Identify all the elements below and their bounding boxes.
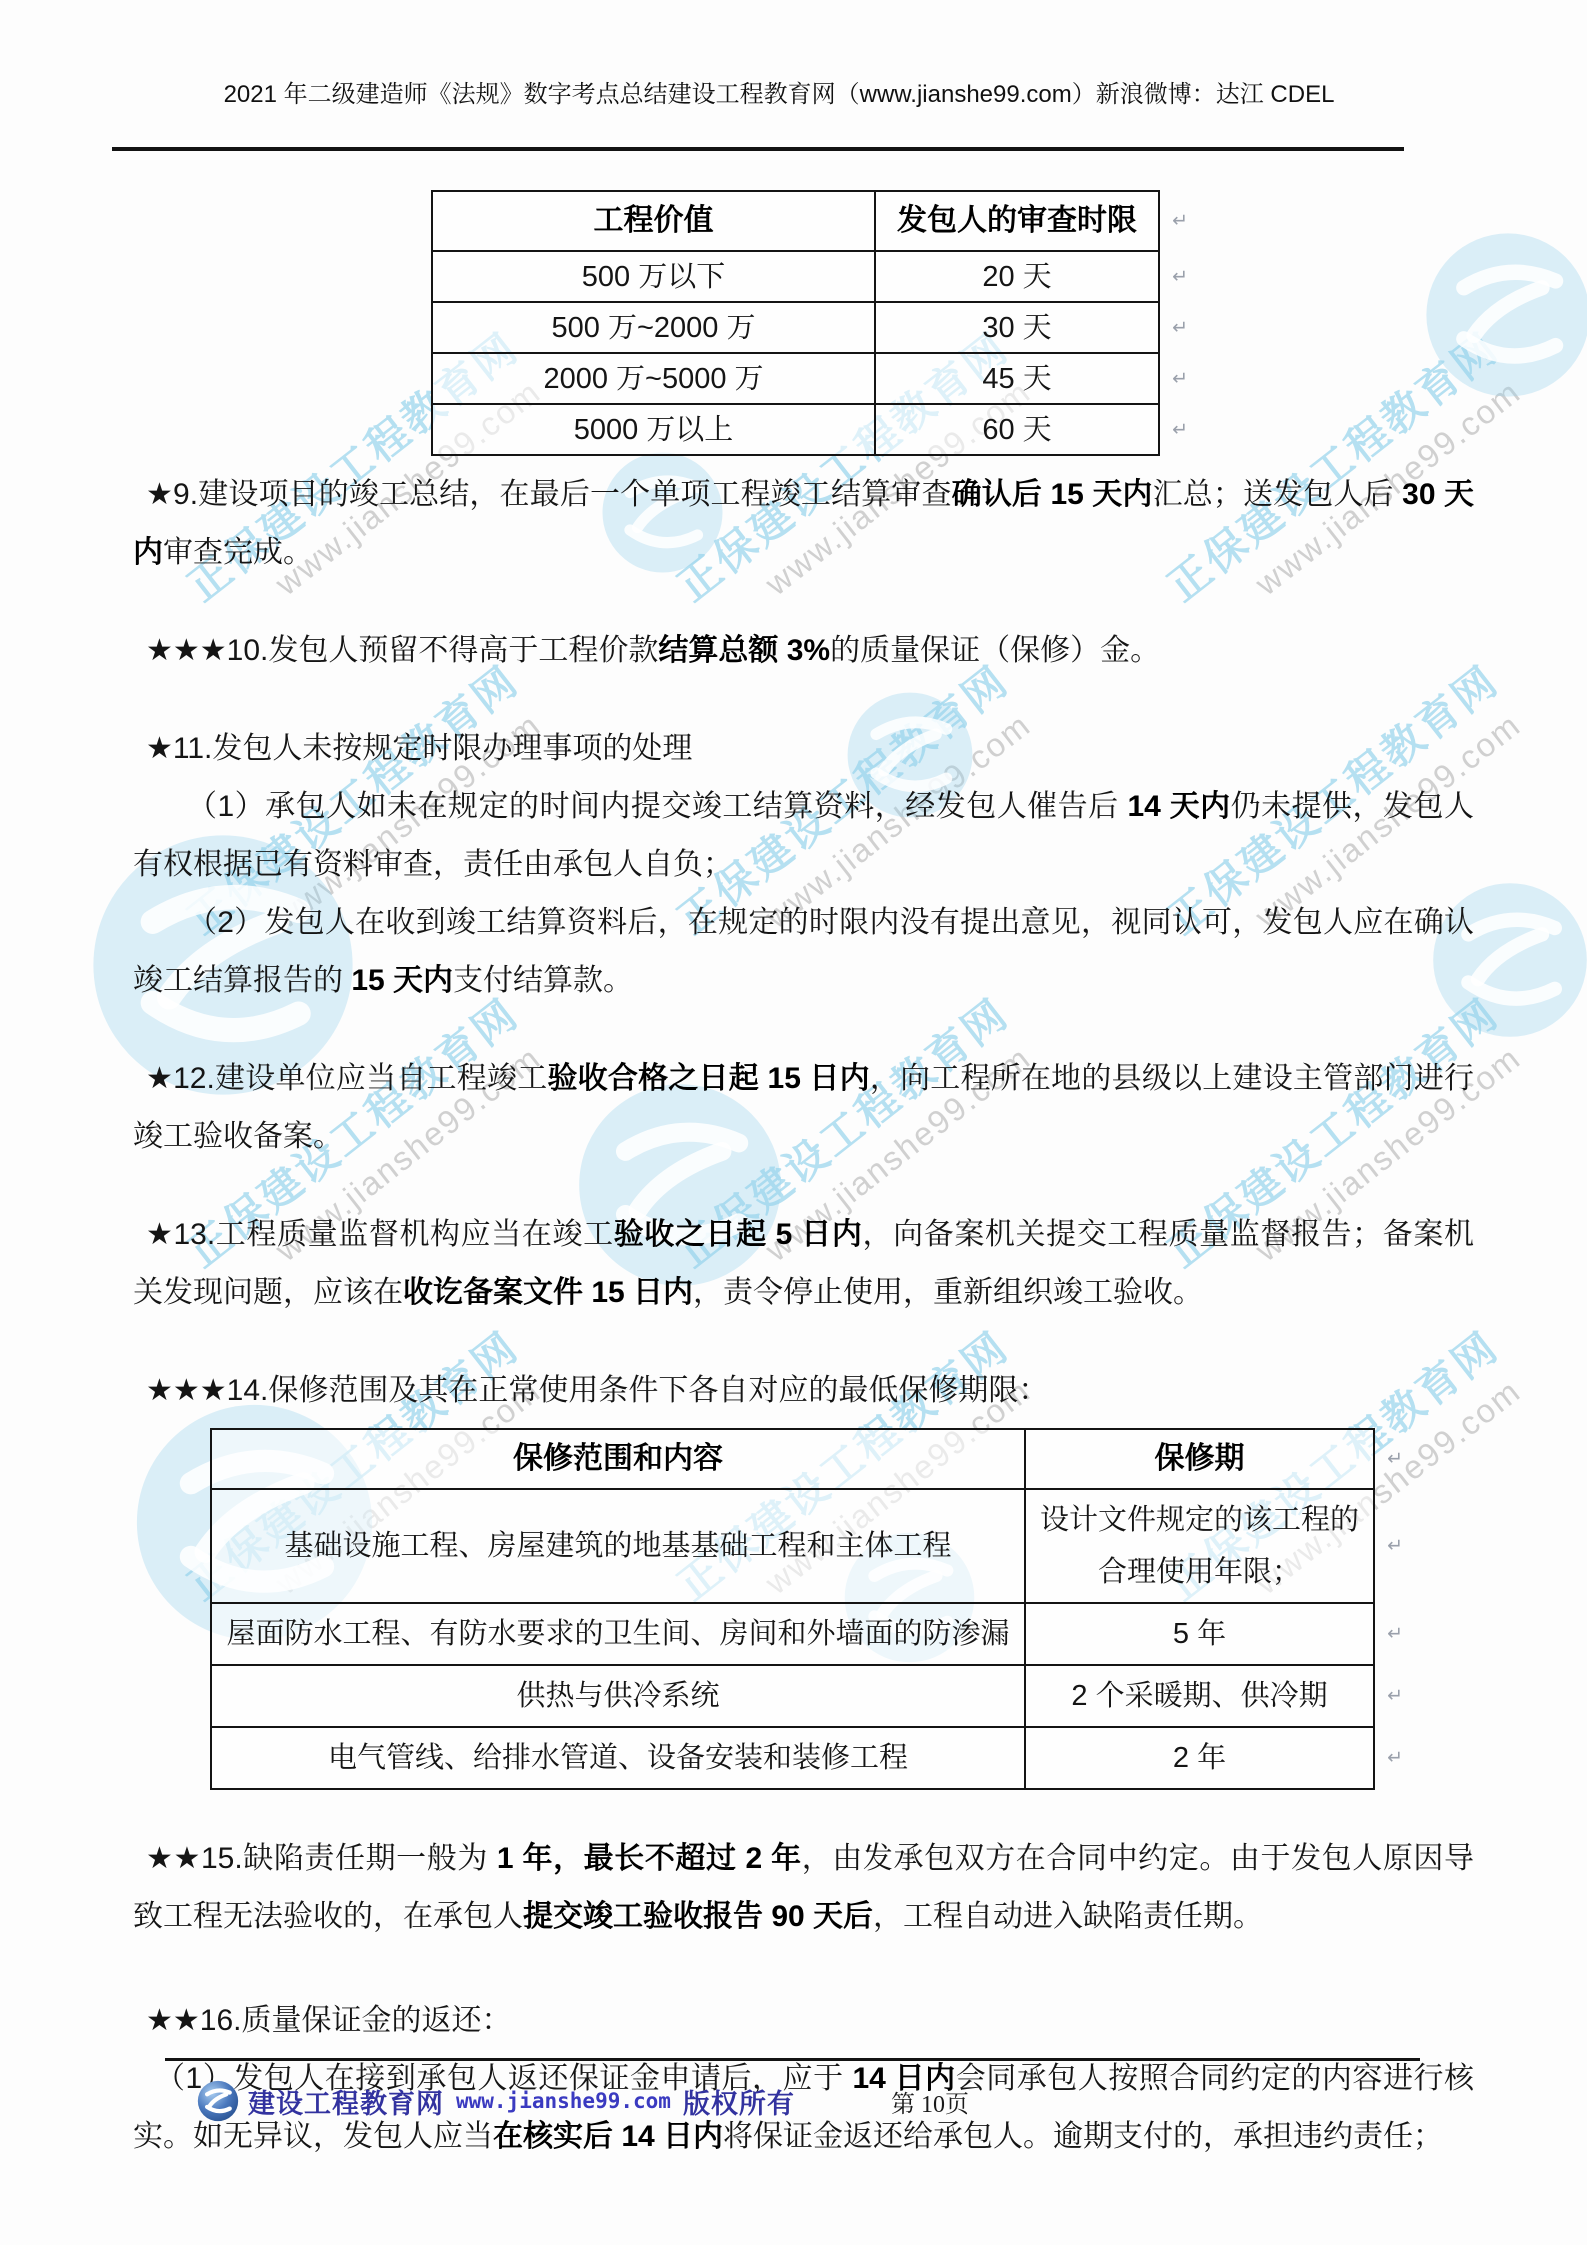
paragraph-mark-icon: ↵ <box>1172 369 1188 388</box>
paragraph-mark-icon: ↵ <box>1172 212 1188 231</box>
text-run: ★★★14.保修范围及其在正常使用条件下各自对应的最低保修期限： <box>146 1374 1048 1407</box>
table-cell: 设计文件规定的该工程的合理使用年限；↵ <box>1025 1489 1374 1603</box>
text-run: ，责令停止使用，重新组织竣工验收。 <box>693 1276 1203 1309</box>
item-14-heading: ★★★14.保修范围及其在正常使用条件下各自对应的最低保修期限： <box>133 1362 1474 1420</box>
header-title: 2021 年二级建造师《法规》数字考点总结建设工程教育网（www.jianshe… <box>224 81 1335 108</box>
bold-text: 确认后 15 天内 <box>952 478 1153 511</box>
text-run: ★★★10.发包人预留不得高于工程价款 <box>146 634 658 667</box>
text-run: 将保证金返还给承包人。逾期支付的，承担违约责任； <box>723 2120 1443 2153</box>
footer-copyright: 版权所有 <box>683 2082 795 2121</box>
table-row: 屋面防水工程、有防水要求的卫生间、房间和外墙面的防渗漏5 年↵ <box>211 1603 1374 1665</box>
table-cell: 45 天↵ <box>875 353 1159 404</box>
table-row: 500 万以下20 天↵ <box>432 251 1159 302</box>
table-cell: 屋面防水工程、有防水要求的卫生间、房间和外墙面的防渗漏 <box>211 1603 1025 1665</box>
item-13: ★13.工程质量监督机构应当在竣工验收之日起 5 日内，向备案机关提交工程质量监… <box>133 1206 1474 1322</box>
column-header: 发包人的审查时限↵ <box>875 191 1159 251</box>
text-run: ，工程自动进入缺陷责任期。 <box>873 1900 1263 1933</box>
table-header-row: 工程价值发包人的审查时限↵ <box>432 191 1159 251</box>
warranty-period-table: 保修范围和内容保修期↵基础设施工程、房屋建筑的地基基础工程和主体工程设计文件规定… <box>210 1428 1375 1790</box>
table-cell: 2000 万~5000 万 <box>432 353 875 404</box>
paragraph-mark-icon: ↵ <box>1387 1450 1403 1469</box>
paragraph-mark-icon: ↵ <box>1387 1749 1403 1768</box>
table-row: 500 万~2000 万30 天↵ <box>432 302 1159 353</box>
paragraph-mark-icon: ↵ <box>1387 1625 1403 1644</box>
bold-text: 结算总额 3% <box>658 634 830 667</box>
text-run: ★13.工程质量监督机构应当在竣工 <box>146 1218 614 1251</box>
paragraph-mark-icon: ↵ <box>1172 420 1188 439</box>
item-11-heading: ★11.发包人未按规定时限办理事项的处理 <box>133 720 1474 778</box>
table-cell: 500 万以下 <box>432 251 875 302</box>
item-10: ★★★10.发包人预留不得高于工程价款结算总额 3%的质量保证（保修）金。 <box>133 622 1474 680</box>
bold-text: 1 年，最长不超过 2 年 <box>497 1842 802 1875</box>
text-run: （2）发包人在收到竣工结算资料后，在规定的时限内没有提出意见，视同认可，发包人应… <box>133 906 1474 997</box>
page-number: 第 10页 <box>891 2084 969 2119</box>
item-11-sub-2: （2）发包人在收到竣工结算资料后，在规定的时限内没有提出意见，视同认可，发包人应… <box>133 894 1474 1010</box>
table-row: 基础设施工程、房屋建筑的地基基础工程和主体工程设计文件规定的该工程的合理使用年限… <box>211 1489 1374 1603</box>
text-run: （1）承包人如未在规定的时间内提交竣工结算资料，经发包人催告后 <box>187 790 1127 823</box>
table-cell: 60 天↵ <box>875 404 1159 455</box>
paragraph-mark-icon: ↵ <box>1172 267 1188 286</box>
paragraph-mark-icon: ↵ <box>1387 1537 1403 1556</box>
table-cell: 2 年↵ <box>1025 1727 1374 1789</box>
table-cell: 30 天↵ <box>875 302 1159 353</box>
text-run: ★★16.质量保证金的返还： <box>146 2004 512 2037</box>
item-9: ★9.建设项目的竣工总结，在最后一个单项工程竣工结算审查确认后 15 天内汇总；… <box>133 466 1474 582</box>
text-run: 的质量保证（保修）金。 <box>830 634 1160 667</box>
table-cell: 5 年↵ <box>1025 1603 1374 1665</box>
text-run: ★★15.缺陷责任期一般为 <box>146 1842 497 1875</box>
item-16-heading: ★★16.质量保证金的返还： <box>133 1992 1474 2050</box>
column-header: 保修期↵ <box>1025 1429 1374 1489</box>
footer-url: www.jianshe99.com <box>456 2089 671 2113</box>
page-footer: 建设工程教育网 www.jianshe99.com 版权所有 <box>197 2077 795 2125</box>
bold-text: 验收之日起 5 日内 <box>614 1218 863 1251</box>
bold-text: 15 天内 <box>351 964 453 997</box>
item-15: ★★15.缺陷责任期一般为 1 年，最长不超过 2 年，由发承包双方在合同中约定… <box>133 1830 1474 1946</box>
text-run: ★12.建设单位应当自工程竣工 <box>146 1062 547 1095</box>
table-cell: 500 万~2000 万 <box>432 302 875 353</box>
text-run: 审查完成。 <box>163 536 313 569</box>
table-row: 电气管线、给排水管道、设备安装和装修工程2 年↵ <box>211 1727 1374 1789</box>
item-11: ★11.发包人未按规定时限办理事项的处理 （1）承包人如未在规定的时间内提交竣工… <box>133 720 1474 1010</box>
table-cell: 5000 万以上 <box>432 404 875 455</box>
table-cell: 电气管线、给排水管道、设备安装和装修工程 <box>211 1727 1025 1789</box>
text-run: ★11.发包人未按规定时限办理事项的处理 <box>146 732 692 765</box>
site-logo-icon <box>197 2080 239 2122</box>
table-cell: 2 个采暖期、供冷期↵ <box>1025 1665 1374 1727</box>
table-row: 5000 万以上60 天↵ <box>432 404 1159 455</box>
footer-divider <box>165 2058 1420 2061</box>
table-cell: 基础设施工程、房屋建筑的地基基础工程和主体工程 <box>211 1489 1025 1603</box>
review-time-table: 工程价值发包人的审查时限↵500 万以下20 天↵500 万~2000 万30 … <box>431 190 1160 456</box>
text-run: 支付结算款。 <box>453 964 633 997</box>
column-header: 保修范围和内容 <box>211 1429 1025 1489</box>
table-row: 供热与供冷系统2 个采暖期、供冷期↵ <box>211 1665 1374 1727</box>
footer-brand: 建设工程教育网 <box>248 2082 444 2121</box>
table-row: 2000 万~5000 万45 天↵ <box>432 353 1159 404</box>
table-cell: 20 天↵ <box>875 251 1159 302</box>
paragraph-mark-icon: ↵ <box>1172 318 1188 337</box>
text-run: ★9.建设项目的竣工总结，在最后一个单项工程竣工结算审查 <box>146 478 952 511</box>
bold-text: 14 天内 <box>1127 790 1230 823</box>
paragraph-mark-icon: ↵ <box>1387 1687 1403 1706</box>
item-11-sub-1: （1）承包人如未在规定的时间内提交竣工结算资料，经发包人催告后 14 天内仍未提… <box>133 778 1474 894</box>
document-body: 工程价值发包人的审查时限↵500 万以下20 天↵500 万~2000 万30 … <box>133 164 1474 2166</box>
text-run: 汇总；送发包人后 <box>1153 478 1403 511</box>
table-header-row: 保修范围和内容保修期↵ <box>211 1429 1374 1489</box>
page-header: 2021 年二级建造师《法规》数字考点总结建设工程教育网（www.jianshe… <box>112 0 1404 151</box>
table-cell: 供热与供冷系统 <box>211 1665 1025 1727</box>
bold-text: 验收合格之日起 15 日内 <box>547 1062 869 1095</box>
item-12: ★12.建设单位应当自工程竣工验收合格之日起 15 日内，向工程所在地的县级以上… <box>133 1050 1474 1166</box>
document-page: { "header": { "title": "2021 年二级建造师《法规》数… <box>0 0 1587 2245</box>
bold-text: 提交竣工验收报告 90 天后 <box>523 1900 873 1933</box>
bold-text: 收讫备案文件 15 日内 <box>403 1276 693 1309</box>
column-header: 工程价值 <box>432 191 875 251</box>
